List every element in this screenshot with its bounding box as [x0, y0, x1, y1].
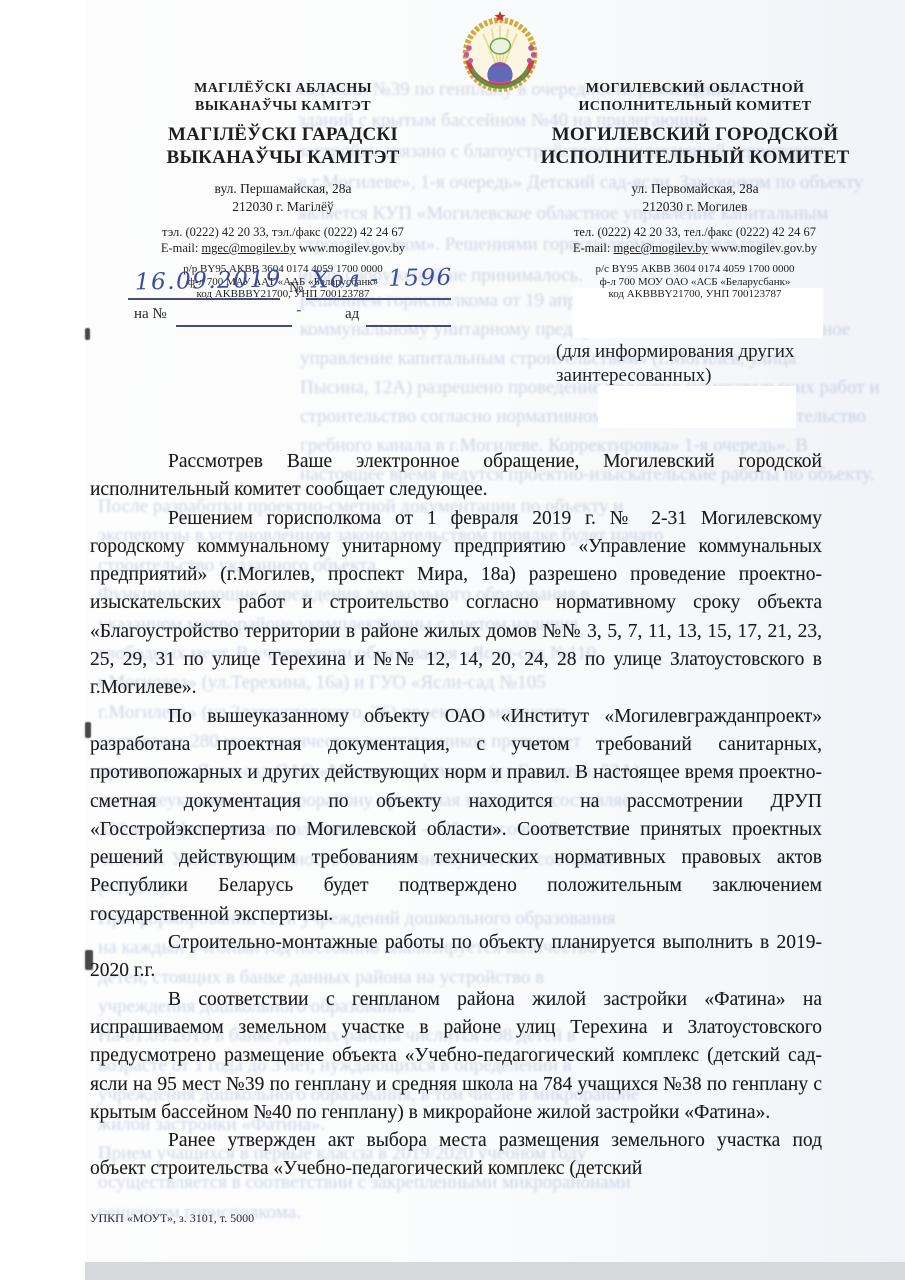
parent-org-line1: МОГИЛЕВСКИЙ ОБЛАСТНОЙ: [500, 80, 890, 98]
org-name-line2: ИСПОЛНИТЕЛЬНЫЙ КОМИТЕТ: [500, 147, 890, 170]
parent-org-line2: ВЫКАНАЎЧЫ КАМІТЭТ: [88, 98, 478, 116]
body-paragraph: По вышеуказанному объекту ОАО «Институт …: [90, 703, 822, 929]
body-paragraph: В соответствии с генпланом района жилой …: [90, 986, 822, 1127]
letter-body: Рассмотрев Ваше электронное обращение, М…: [90, 448, 822, 1184]
scan-edge-band: [85, 1262, 905, 1280]
org-name-line1: МОГИЛЕВСКИЙ ГОРОДСКОЙ: [500, 124, 890, 147]
phone-line: тэл. (0222) 42 20 33, тэл./факс (0222) 4…: [88, 224, 478, 240]
email-label: E-mail:: [161, 241, 199, 255]
bank-codes: код AKBBBY21700, УНП 700123787: [500, 288, 890, 301]
handwritten-number: Хол - 1596: [312, 265, 453, 294]
handwritten-dash: -: [296, 300, 303, 319]
letterhead-russian: МОГИЛЕВСКИЙ ОБЛАСТНОЙ ИСПОЛНИТЕЛЬНЫЙ КОМ…: [500, 80, 890, 301]
email-label: E-mail:: [573, 241, 611, 255]
redaction-box-bottom: [598, 386, 796, 428]
scanned-letter-page: { "icons": { "emblem": "belarus-coat-of-…: [0, 0, 905, 1280]
reply-date-label: ад: [345, 306, 359, 323]
reply-number-underline: [176, 325, 292, 327]
body-paragraph: Решением горисполкома от 1 февраля 2019 …: [90, 505, 822, 703]
postal-address: 212030 г. Магілёў: [88, 198, 478, 216]
email-address: mgec@mogilev.by: [201, 241, 295, 255]
postal-address: 212030 г. Могилев: [500, 198, 890, 216]
handwritten-date: 16.09.2019: [135, 266, 282, 295]
body-paragraph: Ранее утвержден акт выбора места размеще…: [90, 1127, 822, 1184]
reply-to-label: на №: [134, 306, 167, 323]
website: www.mogilev.gov.by: [299, 241, 405, 255]
print-imprint: УПКП «МОУТ», з. 3101, т. 5000: [90, 1211, 254, 1226]
addressee-note-line2: заинтересованных): [556, 364, 886, 388]
body-paragraph: Рассмотрев Ваше электронное обращение, М…: [90, 448, 822, 505]
date-underline: [128, 298, 280, 300]
street-address: вул. Першамайская, 28а: [88, 180, 478, 198]
street-address: ул. Первомайская, 28а: [500, 180, 890, 198]
email-line: E-mail: mgec@mogilev.by www.mogilev.gov.…: [88, 240, 478, 256]
parent-org-line2: ИСПОЛНИТЕЛЬНЫЙ КОМИТЕТ: [500, 98, 890, 116]
number-underline: [306, 298, 451, 300]
addressee-note-line1: (для информирования других: [556, 340, 886, 364]
org-name-line2: ВЫКАНАЎЧЫ КАМІТЭТ: [88, 147, 478, 170]
number-sign-label: №: [289, 280, 303, 297]
reply-date-underline: [366, 325, 451, 327]
org-name-line1: МАГІЛЁЎСКІ ГАРАДСКІ: [88, 124, 478, 147]
email-line: E-mail: mgec@mogilev.by www.mogilev.gov.…: [500, 240, 890, 256]
phone-line: тел. (0222) 42 20 33, тел./факс (0222) 4…: [500, 224, 890, 240]
addressee-note: (для информирования других заинтересован…: [556, 340, 886, 388]
scan-smudge: [85, 328, 90, 340]
bank-branch: ф-л 700 МОУ ОАО «АСБ «Беларусбанк»: [500, 276, 890, 289]
website: www.mogilev.gov.by: [711, 241, 817, 255]
email-address: mgec@mogilev.by: [613, 241, 707, 255]
body-paragraph: Строительно-монтажные работы по объекту …: [90, 929, 822, 986]
bank-account: р/с BY95 АКВВ 3604 0174 4059 1700 0000: [500, 263, 890, 276]
parent-org-line1: МАГІЛЁЎСКІ АБЛАСНЫ: [88, 80, 478, 98]
